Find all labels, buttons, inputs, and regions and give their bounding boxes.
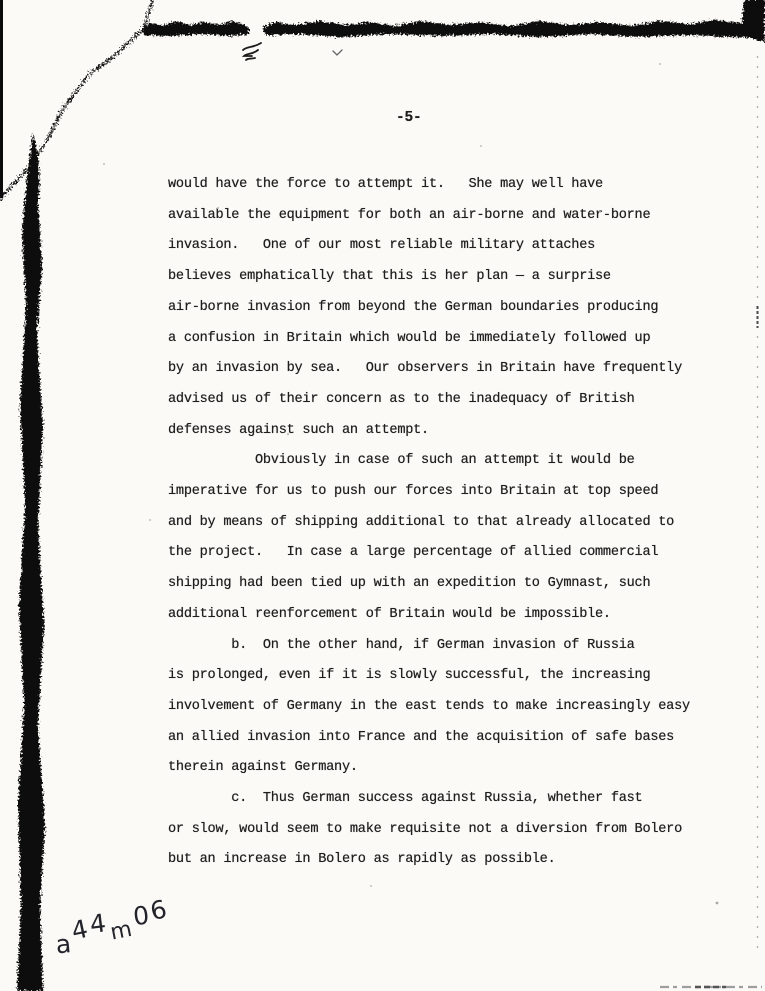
text-line: Obviously in case of such an attempt it … — [168, 446, 728, 477]
text-line: and by means of shipping additional to t… — [168, 508, 728, 539]
text-line: a confusion in Britain which would be im… — [168, 324, 728, 355]
scan-artifact-tick-mark — [333, 50, 342, 55]
text-line: or slow, would seem to make requisite no… — [168, 815, 728, 846]
text-line: c. Thus German success against Russia, w… — [168, 784, 728, 815]
scan-artifact-squiggle — [243, 43, 261, 60]
text-line: by an invasion by sea. Our observers in … — [168, 354, 728, 385]
text-line: but an increase in Bolero as rapidly as … — [168, 845, 728, 876]
text-line: invasion. One of our most reliable milit… — [168, 231, 728, 262]
scan-artifact-top-bar-left — [142, 21, 249, 36]
text-line: available the equipment for both an air-… — [168, 201, 728, 232]
text-line: shipping had been tied up with an expedi… — [168, 569, 728, 600]
scan-artifact-corner-blob — [742, 0, 765, 42]
text-line: imperative for us to push our forces int… — [168, 477, 728, 508]
document-body: would have the force to attempt it. She … — [168, 170, 728, 876]
text-line: is prolonged, even if it is slowly succe… — [168, 661, 728, 692]
scan-artifact-top-bar-right — [263, 20, 765, 38]
text-line: the project. In case a large percentage … — [168, 538, 728, 569]
scan-artifact-left-band — [17, 133, 45, 991]
handwritten-annotation: a44m06 — [52, 906, 173, 953]
text-line: an allied invasion into France and the a… — [168, 723, 728, 754]
text-line: therein against Germany. — [168, 753, 728, 784]
text-line: would have the force to attempt it. She … — [168, 170, 728, 201]
text-line: believes emphatically that this is her p… — [168, 262, 728, 293]
handwritten-char: 4 — [88, 908, 110, 939]
text-line: involvement of Germany in the east tends… — [168, 692, 728, 723]
text-line: advised us of their concern as to the in… — [168, 385, 728, 416]
text-line: defenses against such an attempt. — [168, 416, 728, 447]
page-number: -5- — [396, 110, 422, 126]
text-line: additional reenforcement of Britain woul… — [168, 600, 728, 631]
scan-artifact-crease-line — [0, 0, 153, 199]
scan-artifact-left-edge-line — [0, 0, 3, 198]
document-page: -5- would have the force to attempt it. … — [0, 0, 765, 991]
text-line: b. On the other hand, if German invasion… — [168, 631, 728, 662]
text-line: air-borne invasion from beyond the Germa… — [168, 293, 728, 324]
